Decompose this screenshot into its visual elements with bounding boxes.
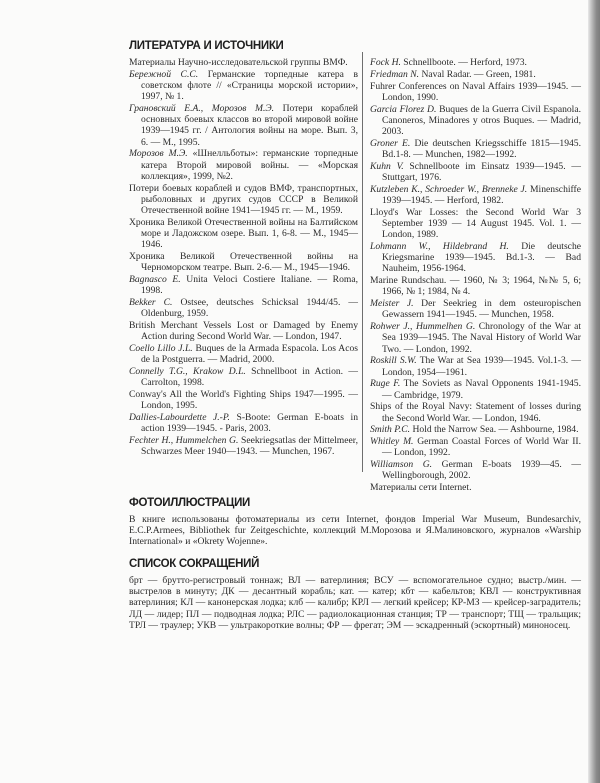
entry-text: British Merchant Vessels Lost or Damaged… <box>129 320 358 342</box>
entry-text: Ships of the Royal Navy: Statement of lo… <box>370 401 581 423</box>
bibliography-entry: Хроника Великой Отечественной войны на Ч… <box>129 251 358 273</box>
bibliography-entry: Marine Rundschau. — 1960, № 3; 1964, №№ … <box>370 275 581 297</box>
book-page: ЛИТЕРАТУРА И ИСТОЧНИКИ Материалы Научно-… <box>0 0 590 783</box>
entry-text: Schnellboote. — Herford, 1973. <box>401 57 527 68</box>
bibliography-entry: Fuhrer Conferences on Naval Affairs 1939… <box>370 81 581 103</box>
bibliography-entry: Williamson G. German E-boats 1939—45. — … <box>370 459 581 481</box>
bibliography-entry: Ruge F. The Soviets as Naval Opponents 1… <box>370 378 581 400</box>
bibliography-entry: Lohmann W., Hildebrand H. Die deutsche K… <box>370 241 581 275</box>
bibliography-entry: Материалы Научно-исследовательской групп… <box>129 57 358 68</box>
bibliography-entry: Bekker C. Ostsee, deutsches Schicksal 19… <box>129 297 358 319</box>
bibliography-entry: Bagnasco E. Unita Veloci Costiere Italia… <box>129 274 358 296</box>
bibliography-entry: Lloyd's War Losses: the Second World War… <box>370 207 581 241</box>
entry-text: Материалы Научно-исследовательской групп… <box>129 57 348 68</box>
bibliography-entry: Smith P.C. Hold the Narrow Sea. — Ashbou… <box>370 424 581 435</box>
entry-text: Ostsee, deutsches Schicksal 1944/45. — O… <box>141 297 358 319</box>
bibliography-left-column: Материалы Научно-исследовательской групп… <box>129 57 358 458</box>
bibliography-entry: Friedman N. Naval Radar. — Green, 1981. <box>370 69 581 80</box>
bibliography-entry: Meister J. Der Seekrieg in dem osteuropi… <box>370 298 581 320</box>
bibliography-entry: Kuhn V. Schnellboote im Einsatz 1939—194… <box>370 161 581 183</box>
entry-text: Потери боевых кораблей и судов ВМФ, тран… <box>129 183 358 216</box>
entry-author: Морозов М.Э. <box>129 148 188 159</box>
entry-author: Bagnasco E. <box>129 274 181 285</box>
literature-heading: ЛИТЕРАТУРА И ИСТОЧНИКИ <box>129 40 284 52</box>
bibliography-entry: Garcia Florez D. Buques de la Guerra Civ… <box>370 104 581 138</box>
entry-text: Marine Rundschau. — 1960, № 3; 1964, №№ … <box>370 275 581 297</box>
bibliography-entry: Roskill S.W. The War at Sea 1939—1945. V… <box>370 355 581 377</box>
entry-text: Fuhrer Conferences on Naval Affairs 1939… <box>370 81 581 103</box>
photos-heading: ФОТОИЛЛЮСТРАЦИИ <box>129 497 250 509</box>
entry-text: Die deutschen Kriegsschiffe 1815—1945. B… <box>382 138 581 160</box>
entry-text: The Soviets as Naval Opponents 1941-1945… <box>382 378 581 400</box>
entry-author: Williamson G. <box>370 459 432 470</box>
bibliography-right-column: Fock H. Schnellboote. — Herford, 1973.Fr… <box>370 57 581 494</box>
bibliography-entry: British Merchant Vessels Lost or Damaged… <box>129 320 358 342</box>
entry-author: Ruge F. <box>370 378 400 389</box>
entry-author: Coello Lillo J.L. <box>129 343 193 354</box>
bibliography-entry: Conway's All the World's Fighting Ships … <box>129 389 358 411</box>
entry-author: Bekker C. <box>129 297 172 308</box>
entry-author: Smith P.C. <box>370 424 410 435</box>
bibliography-entry: Бережной С.С. Германские торпедные катер… <box>129 69 358 103</box>
entry-author: Friedman N. <box>370 69 419 80</box>
entry-text: Хроника Великой Отечественной войны на Б… <box>129 217 358 250</box>
entry-author: Kuhn V. <box>370 161 404 172</box>
entry-author: Dallies-Labourdette J.-P. <box>129 412 230 423</box>
bibliography-entry: Грановский Е.А., Морозов М.Э. Потери кор… <box>129 103 358 148</box>
bibliography-entry: Fock H. Schnellboote. — Herford, 1973. <box>370 57 581 68</box>
entry-author: Lohmann W., Hildebrand H. <box>370 241 509 252</box>
bibliography-entry: Rohwer J., Hummelhen G. Chronology of th… <box>370 321 581 355</box>
entry-text: Хроника Великой Отечественной войны на Ч… <box>129 251 358 273</box>
entry-author: Бережной С.С. <box>129 69 198 80</box>
abbreviations-heading: СПИСОК СОКРАЩЕНИЙ <box>129 558 259 570</box>
entry-author: Whitley M. <box>370 436 413 447</box>
entry-text: Conway's All the World's Fighting Ships … <box>129 389 358 411</box>
bibliography-entry: Connelly T.G., Krakow D.L. Schnellboot i… <box>129 366 358 388</box>
bibliography-entry: Материалы сети Internet. <box>370 482 581 493</box>
page-edge-shadow <box>588 0 600 783</box>
entry-author: Fechter H., Hummelchen G. <box>129 435 238 446</box>
entry-text: Lloyd's War Losses: the Second World War… <box>370 207 581 240</box>
bibliography-entry: Dallies-Labourdette J.-P. S-Boote: Germa… <box>129 412 358 434</box>
bibliography-entry: Coello Lillo J.L. Buques de la Armada Es… <box>129 343 358 365</box>
entry-author: Garcia Florez D. <box>370 104 436 115</box>
entry-text: Hold the Narrow Sea. — Ashbourne, 1984. <box>410 424 578 435</box>
entry-text: Schnellboote im Einsatz 1939—1945. — Stu… <box>382 161 581 183</box>
entry-text: Материалы сети Internet. <box>370 482 471 493</box>
bibliography-entry: Потери боевых кораблей и судов ВМФ, тран… <box>129 183 358 217</box>
entry-author: Connelly T.G., Krakow D.L. <box>129 366 246 377</box>
bibliography-entry: Whitley M. German Coastal Forces of Worl… <box>370 436 581 458</box>
entry-author: Groner E. <box>370 138 410 149</box>
bibliography-entry: Groner E. Die deutschen Kriegsschiffe 18… <box>370 138 581 160</box>
column-divider <box>362 52 363 472</box>
photos-paragraph: В книге использованы фотоматериалы из се… <box>129 514 581 548</box>
bibliography-entry: Kutzleben K., Schroeder W., Brenneke J. … <box>370 184 581 206</box>
entry-author: Meister J. <box>370 298 414 309</box>
entry-author: Rohwer J., Hummelhen G. <box>370 321 475 332</box>
entry-text: Naval Radar. — Green, 1981. <box>419 69 536 80</box>
entry-author: Грановский Е.А., Морозов М.Э. <box>129 103 274 114</box>
abbreviations-paragraph: брт — брутто-регистровый тоннаж; ВЛ — ва… <box>129 575 581 631</box>
bibliography-entry: Хроника Великой Отечественной войны на Б… <box>129 217 358 251</box>
entry-author: Roskill S.W. <box>370 355 417 366</box>
entry-author: Kutzleben K., Schroeder W., Brenneke J. <box>370 184 527 195</box>
bibliography-entry: Морозов М.Э. «Шнелльботы»: германские то… <box>129 148 358 182</box>
bibliography-entry: Ships of the Royal Navy: Statement of lo… <box>370 401 581 423</box>
entry-author: Fock H. <box>370 57 401 68</box>
bibliography-entry: Fechter H., Hummelchen G. Seekriegsatlas… <box>129 435 358 457</box>
